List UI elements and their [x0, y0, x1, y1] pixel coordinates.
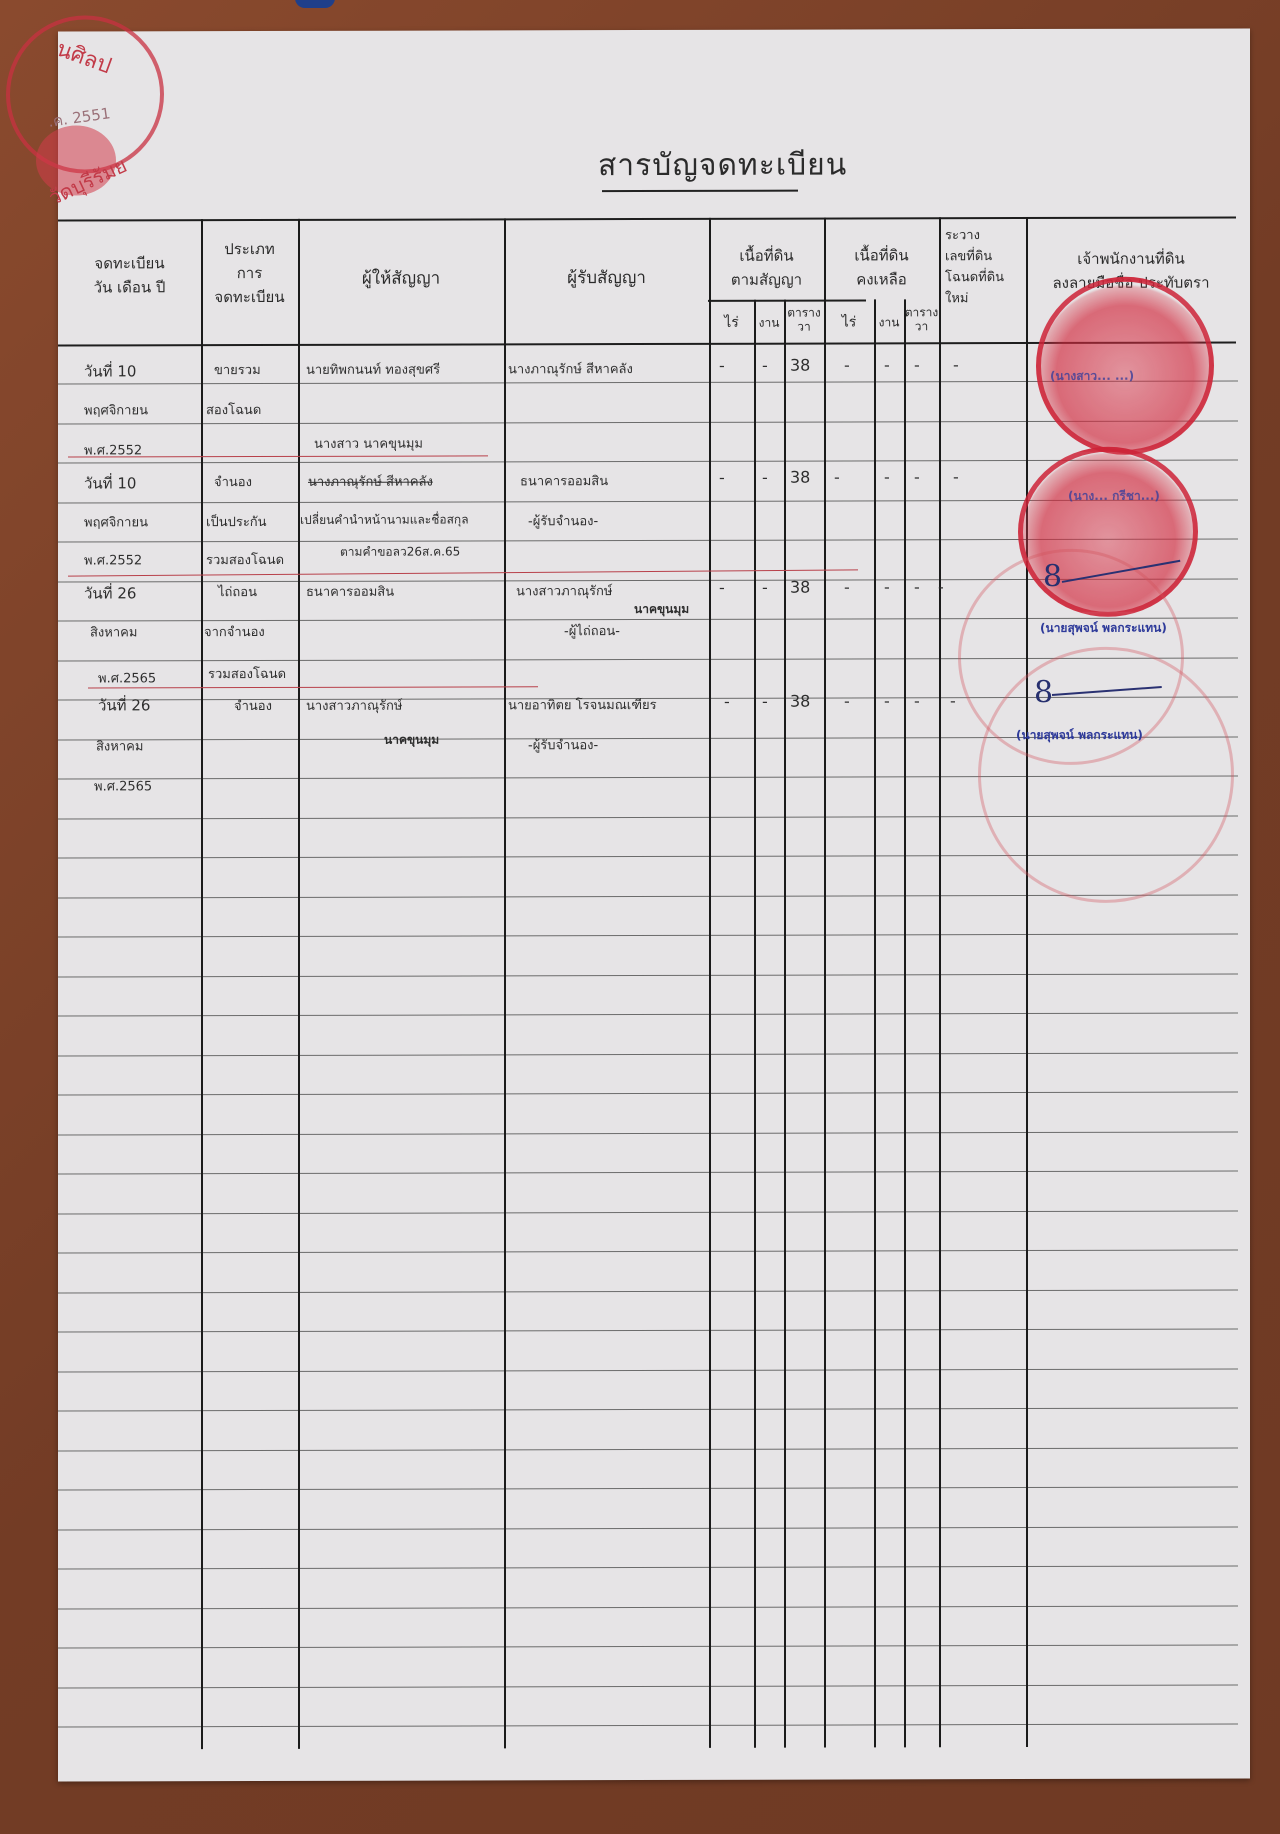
header-new-deed-line2: เลขที่ดิน	[945, 246, 1026, 267]
remaining-rai: -	[834, 468, 840, 487]
faint-seal-stamp	[978, 646, 1234, 903]
header-type-line2: การ	[201, 261, 298, 285]
ruled-line	[58, 1170, 1238, 1174]
entry-type-line2: เป็นประกัน	[206, 511, 267, 532]
entry-date-month: พฤศจิกายน	[84, 399, 148, 420]
entry-grantee-role: -ผู้รับจำนอง-	[528, 510, 598, 531]
new-deed: -	[938, 577, 944, 596]
ruled-line	[58, 1052, 1238, 1056]
area-rai: -	[724, 692, 730, 711]
entry-grantor: นางสาวภาณุรักษ์	[306, 695, 402, 716]
entry-grantor: นายทิพกนนท์ ทองสุขศรี	[306, 359, 440, 380]
entry-type-line3: รวมสองโฉนด	[206, 549, 284, 570]
ruled-line	[58, 1368, 1238, 1372]
entry-grantee: นางภาณุรักษ์ สีหาคลัง	[508, 358, 633, 379]
entry-grantor: ธนาคารออมสิน	[306, 581, 394, 602]
ruled-line	[58, 933, 1238, 937]
ruled-line	[58, 1012, 1238, 1016]
remaining-ngan: -	[884, 577, 890, 596]
header-area-contract-line1: เนื้อที่ดิน	[709, 244, 824, 268]
area-sqwa: 38	[790, 356, 810, 375]
ruled-line	[58, 1684, 1238, 1688]
entry-type-line3: รวมสองโฉนด	[208, 663, 286, 684]
ruled-line	[58, 1486, 1238, 1490]
officer-signature-3: 8	[1043, 559, 1062, 594]
entry-type-line2: สองโฉนด	[206, 399, 261, 420]
remaining-rai: -	[844, 691, 850, 710]
entry-grantor-surname: นาคขุนมุม	[384, 731, 439, 750]
header-officer-line1: เจ้าพนักงานที่ดิน	[1026, 246, 1236, 271]
col-divider	[709, 218, 711, 1748]
entry-date-year: พ.ศ.2565	[94, 775, 152, 796]
registration-document: นศิลป .ค. 2551 วัดบุรีรัมย สารบัญจดทะเบี…	[58, 28, 1250, 1781]
area-ngan: -	[762, 468, 768, 487]
entry-date-day: วันที่ 10	[84, 471, 136, 495]
table-top-border	[58, 216, 1236, 221]
area-rai: -	[719, 578, 725, 597]
col-divider	[298, 219, 300, 1749]
header-date-line1: จดทะเบียน	[58, 251, 201, 275]
entry-grantee: นางสาวภาณุรักษ์	[516, 580, 612, 601]
header-new-deed-line1: ระวาง	[945, 225, 1026, 246]
entry-date-month: สิงหาคม	[90, 621, 137, 642]
col-divider	[939, 217, 941, 1747]
header-date: จดทะเบียน วัน เดือน ปี	[58, 251, 201, 299]
header-new-deed-line3: โฉนดที่ดิน	[945, 267, 1026, 288]
ruled-line	[58, 1210, 1238, 1214]
officer-name-4: (นายสุพจน์ พลกระแทน)	[1016, 726, 1143, 745]
area-ngan: -	[762, 692, 768, 711]
officer-name-1: (นางสาว... ...)	[1050, 367, 1134, 386]
remaining-ngan: -	[884, 467, 890, 486]
ruled-line	[58, 973, 1238, 977]
col-divider	[1026, 217, 1028, 1747]
col-divider	[504, 218, 506, 1748]
ruled-line	[58, 1605, 1238, 1609]
area-ngan: -	[762, 578, 768, 597]
subheader-rai-remaining: ไร่	[824, 315, 874, 329]
area-sqwa: 38	[790, 578, 810, 597]
header-type-line1: ประเภท	[201, 237, 298, 261]
officer-name-3: (นายสุพจน์ พลกระแทน)	[1040, 619, 1167, 638]
area-rai: -	[719, 468, 725, 487]
new-deed: -	[950, 691, 956, 710]
new-deed: -	[953, 355, 959, 374]
area-sqwa: 38	[790, 692, 810, 711]
entry-grantee: ธนาคารออมสิน	[520, 470, 608, 491]
entry-date-month: สิงหาคม	[96, 735, 143, 756]
entry-type: ขายรวม	[214, 359, 261, 380]
header-area-contract: เนื้อที่ดิน ตามสัญญา	[709, 244, 824, 292]
remaining-sqwa: -	[914, 355, 920, 374]
ruled-line	[58, 1249, 1238, 1253]
entry-type: ไถ่ถอน	[218, 581, 257, 602]
ruled-line	[58, 1091, 1238, 1095]
entry-grantor-struck: นางภาณุรักษ์ สีหาคลัง	[308, 471, 433, 492]
remaining-rai: -	[844, 577, 850, 596]
subheader-sq-wa: ตาราง วา	[784, 306, 824, 334]
entry-date-year: พ.ศ.2552	[84, 549, 142, 570]
area-ngan: -	[762, 356, 768, 375]
col-divider	[754, 300, 756, 1748]
new-deed: -	[953, 467, 959, 486]
col-divider	[824, 218, 826, 1748]
header-date-line2: วัน เดือน ปี	[58, 275, 201, 299]
subheader-ngan-remaining: งาน	[874, 315, 904, 329]
entry-date-day: วันที่ 10	[84, 359, 136, 383]
subheader-rai: ไร่	[709, 316, 754, 330]
register-table: จดทะเบียน วัน เดือน ปี ประเภท การ จดทะเบ…	[58, 28, 1250, 1781]
remaining-rai: -	[844, 355, 850, 374]
entry-grantor-amend: นางสาว นาคขุนมุม	[314, 433, 423, 454]
entry-date-day: วันที่ 26	[84, 581, 136, 605]
ruled-line	[58, 1289, 1238, 1293]
remaining-sqwa: -	[914, 577, 920, 596]
subheader-ngan: งาน	[754, 316, 784, 330]
entry-separator	[68, 569, 858, 577]
ruled-line	[58, 1447, 1238, 1451]
col-divider	[784, 300, 786, 1748]
header-area-remaining: เนื้อที่ดิน คงเหลือ	[824, 243, 939, 291]
entry-grantee-insert: นาคขุนมุม	[634, 600, 689, 619]
entry-type: จำนอง	[214, 471, 252, 492]
ruled-line	[58, 1723, 1238, 1727]
ruled-line	[58, 1131, 1238, 1135]
officer-signature-4: 8	[1034, 675, 1053, 710]
remaining-ngan: -	[884, 691, 890, 710]
remaining-sqwa: -	[914, 467, 920, 486]
header-new-deed: ระวาง เลขที่ดิน โฉนดที่ดิน ใหม่	[939, 225, 1026, 309]
ruled-line	[58, 1407, 1238, 1411]
remaining-sqwa: -	[914, 691, 920, 710]
entry-grantor-note-date: ตามคำขอลว26ส.ค.65	[340, 543, 460, 562]
col-divider	[874, 299, 876, 1747]
subheader-sq-wa-remaining: ตาราง วา	[904, 305, 939, 333]
entry-grantor-note: เปลี่ยนคำนำหน้านามและชื่อสกุล	[300, 510, 469, 529]
push-pin-icon	[295, 0, 335, 8]
header-grantee: ผู้รับสัญญา	[504, 266, 709, 291]
area-rai: -	[719, 356, 725, 375]
header-type: ประเภท การ จดทะเบียน	[201, 237, 298, 309]
entry-date-month: พฤศจิกายน	[84, 511, 148, 532]
header-area-remaining-line2: คงเหลือ	[824, 267, 939, 291]
ruled-line	[58, 1644, 1238, 1648]
area-subheader-line	[708, 299, 866, 301]
area-sqwa: 38	[790, 468, 810, 487]
entry-grantee-role: -ผู้รับจำนอง-	[528, 734, 598, 755]
ruled-line	[58, 1328, 1238, 1332]
header-type-line3: จดทะเบียน	[201, 285, 298, 309]
header-new-deed-line4: ใหม่	[945, 288, 1026, 309]
entry-grantee: นายอาทิตย โรจนมณเฑียร	[508, 694, 657, 715]
entry-type-line2: จากจำนอง	[204, 621, 265, 642]
ruled-line	[58, 1526, 1238, 1530]
entry-type: จำนอง	[234, 695, 272, 716]
col-divider	[201, 219, 203, 1749]
col-divider	[904, 299, 906, 1747]
officer-name-2: (นาง... กรีชา...)	[1068, 487, 1160, 506]
ruled-line	[58, 1565, 1238, 1569]
remaining-ngan: -	[884, 355, 890, 374]
header-area-contract-line2: ตามสัญญา	[709, 268, 824, 292]
header-grantor: ผู้ให้สัญญา	[298, 266, 504, 291]
entry-date-year: พ.ศ.2565	[98, 667, 156, 688]
entry-date-year: พ.ศ.2552	[84, 439, 142, 460]
entry-grantee-role: -ผู้ไถ่ถอน-	[564, 620, 620, 641]
header-area-remaining-line1: เนื้อที่ดิน	[824, 243, 939, 267]
entry-date-day: วันที่ 26	[98, 693, 150, 717]
